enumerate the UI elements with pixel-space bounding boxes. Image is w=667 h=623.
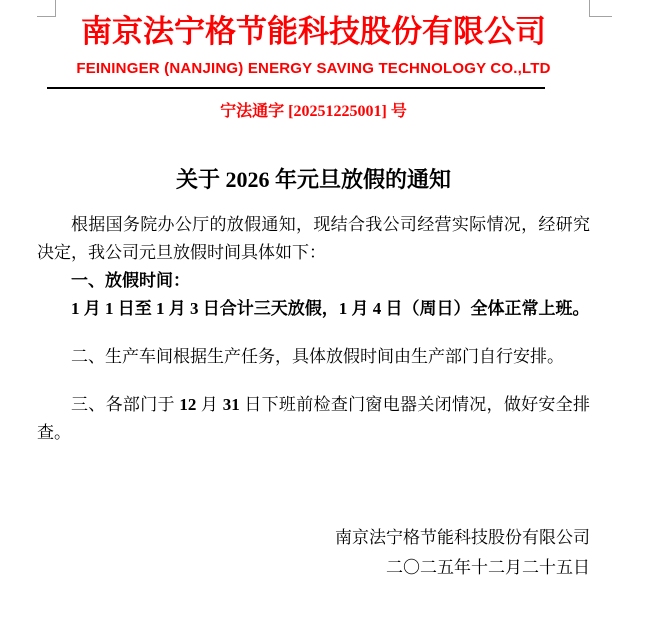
body-text-segment: 12 bbox=[179, 395, 196, 414]
signature-date: 二〇二五年十二月二十五日 bbox=[37, 553, 590, 583]
body-text-segment: 根据国务院办公厅的放假通知，现结合我公司经营实际情况，经研究决定，我公司元旦放假… bbox=[37, 215, 590, 262]
notice-title: 关于 2026 年元旦放假的通知 bbox=[37, 168, 590, 192]
document-page: 南京法宁格节能科技股份有限公司 FEININGER (NANJING) ENER… bbox=[0, 0, 667, 623]
body-text-segment: 三、各部门于 bbox=[71, 395, 179, 414]
body-paragraphs: 根据国务院办公厅的放假通知，现结合我公司经营实际情况，经研究决定，我公司元旦放假… bbox=[37, 211, 590, 447]
body-text-segment: 1 月 1 日至 1 月 3 日合计三天放假，1 月 4 日（周日）全体正常上班… bbox=[71, 299, 590, 318]
text-boundary-mark-top-right bbox=[589, 0, 612, 17]
letterhead: 南京法宁格节能科技股份有限公司 FEININGER (NANJING) ENER… bbox=[37, 12, 590, 122]
body-paragraph: 根据国务院办公厅的放假通知，现结合我公司经营实际情况，经研究决定，我公司元旦放假… bbox=[37, 211, 590, 267]
company-name-chinese: 南京法宁格节能科技股份有限公司 bbox=[37, 12, 590, 52]
body-text-segment: 二、生产车间根据生产任务，具体放假时间由生产部门自行安排。 bbox=[71, 347, 564, 366]
body-text-segment: 月 bbox=[196, 395, 222, 414]
body-paragraph: 三、各部门于 12 月 31 日下班前检查门窗电器关闭情况，做好安全排查。 bbox=[37, 391, 590, 447]
body-paragraph: 1 月 1 日至 1 月 3 日合计三天放假，1 月 4 日（周日）全体正常上班… bbox=[37, 295, 590, 323]
company-name-english: FEININGER (NANJING) ENERGY SAVING TECHNO… bbox=[37, 60, 590, 78]
signature-company: 南京法宁格节能科技股份有限公司 bbox=[37, 523, 590, 553]
signature-block: 南京法宁格节能科技股份有限公司 二〇二五年十二月二十五日 bbox=[37, 523, 590, 583]
body-text-segment: 31 bbox=[223, 395, 240, 414]
letterhead-divider-line bbox=[47, 87, 545, 89]
body-text-segment: 一、放假时间： bbox=[71, 271, 190, 290]
document-reference-number: 宁法通字 [20251225001] 号 bbox=[37, 102, 590, 122]
body-paragraph: 二、生产车间根据生产任务，具体放假时间由生产部门自行安排。 bbox=[37, 343, 590, 371]
document-content: 南京法宁格节能科技股份有限公司 FEININGER (NANJING) ENER… bbox=[37, 0, 590, 583]
body-paragraph: 一、放假时间： bbox=[37, 267, 590, 295]
